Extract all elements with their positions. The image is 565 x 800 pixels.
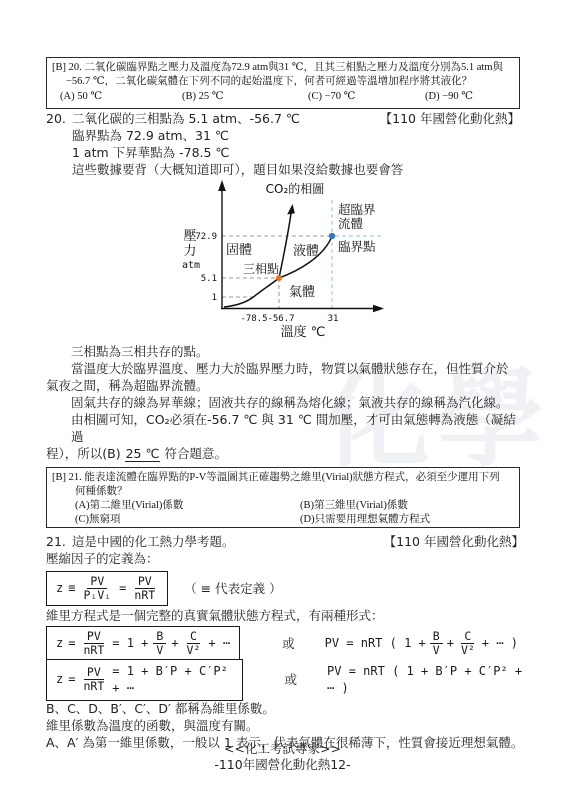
q21-line2: 何種係數？	[52, 485, 514, 499]
f-eq: =	[119, 580, 126, 597]
solution-20-explanation: 三相點為三相共存的點。 當溫度大於臨界溫度、壓力大於臨界壓力時，物質以氣體狀態存…	[46, 343, 524, 462]
q20-solution-number: 20.	[46, 110, 72, 127]
supercritical-label-1: 超臨界	[338, 202, 376, 217]
q20-options: (A) 50 ℃ (B) 25 ℃ (C) −70 ℃ (D) −90 ℃	[52, 90, 514, 104]
y-axis-arrow-icon	[218, 180, 226, 191]
q20-solution-line2: 臨界點為 72.9 atm、31 ℃	[72, 127, 520, 144]
f-frac-pv-pivi: PVPᵢVᵢ	[80, 575, 114, 601]
x-tick-78-5: -78.5	[240, 314, 267, 324]
virial-volume-formula: z = PVnRT = 1 + BV + CV² + ⋯	[46, 626, 240, 660]
virial-volume-expanded: PV = nRT ( 1 + BV + CV² + ⋯ )	[325, 630, 518, 656]
virial-note-1: B、C、D、B′、C′、D′ 都稱為維里係數。	[46, 700, 524, 717]
region-gas-label: 氣體	[289, 284, 315, 300]
x-tick-56-7: -56.7	[267, 314, 294, 324]
footer-page-number: -110年國營化動化熱12-	[0, 757, 565, 773]
definition-note: （ ≡ 代表定義 ）	[184, 580, 281, 597]
question-20-box: [B] 20. 二氧化碳臨界點之壓力及溫度為72.9 atm與31 ℃，且其三相…	[46, 57, 520, 109]
document-page: 化學 [B] 20. 二氧化碳臨界點之壓力及溫度為72.9 atm與31 ℃，且…	[0, 0, 565, 800]
virial-pressure-formula: z = PVnRT = 1 + B′P + C′P² + ⋯	[46, 659, 243, 701]
q20-line1: [B] 20. 二氧化碳臨界點之壓力及溫度為72.9 atm與31 ℃，且其三相…	[52, 61, 514, 75]
f-equiv: ≡	[68, 580, 75, 597]
answer-post: 符合題意。	[160, 446, 226, 461]
virial-volume-row: z = PVnRT = 1 + BV + CV² + ⋯ 或 PV = nRT …	[46, 627, 524, 660]
para-triple-point: 三相點為三相共存的點。	[46, 343, 524, 360]
q20-line2: −56.7 ℃，二氧化碳氣體在下列不同的起始溫度下，何者可經過等溫增加程序將其液…	[52, 75, 514, 89]
virial-pressure-expanded: PV = nRT ( 1 + B′P + C′P² + ⋯ )	[327, 663, 524, 697]
q20-option-b: (B) 25 ℃	[182, 90, 308, 104]
para-supercritical-1: 當溫度大於臨界溫度、壓力大於臨界壓力時，物質以氣體狀態存在，但性質介於	[46, 360, 524, 377]
sublimation-curve	[224, 278, 279, 307]
answer-underlined: 25 ℃	[125, 446, 161, 462]
q21-options: (A)第二維里(Virial)係數 (B)第三維里(Virial)係數 (C)無…	[52, 499, 514, 527]
melting-line	[279, 210, 292, 278]
virial-note-2: 維里係數為溫度的函數，與溫度有關。	[46, 717, 524, 734]
melting-line-arrow-icon	[287, 204, 295, 215]
question-21-box: [B] 21. 能表達流體在臨界點的P-V等溫圖其正確趨勢之維里(Virial)…	[46, 467, 520, 528]
definition-row: z ≡ PVPᵢVᵢ = PVnRT （ ≡ 代表定義 ）	[46, 570, 524, 607]
q21-option-c: (C)無窮項	[75, 513, 300, 527]
q21-option-d: (D)只需要用理想氣體方程式	[300, 513, 514, 527]
f-z: z	[56, 580, 63, 597]
y-axis-label-2: 力	[183, 243, 196, 259]
q20-source-tag: 【110 年國營化動化熱】	[380, 110, 520, 127]
x-axis-label: 溫度 ℃	[281, 324, 326, 340]
para-supercritical-2: 氣夜之間，稱為超臨界流體。	[46, 377, 524, 394]
q20-solution-line1: 二氧化碳的三相點為 5.1 atm、-56.7 ℃	[72, 110, 300, 127]
q21-option-a: (A)第二維里(Virial)係數	[75, 499, 300, 513]
x-axis-arrow-icon	[373, 305, 384, 313]
or-word-2: 或	[285, 671, 298, 688]
critical-point-dot	[329, 233, 335, 239]
q21-source-tag: 【110 年國營化動化熱】	[384, 533, 524, 550]
q21-option-b: (B)第三維里(Virial)係數	[300, 499, 514, 513]
y-tick-5-1: 5.1	[201, 274, 217, 284]
virial-intro: 維里方程式是一個完整的真實氣體狀態方程式，有兩種形式：	[46, 607, 524, 624]
q20-solution-line4: 這些數據要背（大概知道即可），題目如果沒給數據也要會答	[72, 161, 520, 178]
critical-point-label: 臨界點	[338, 239, 376, 254]
q21-line1: [B] 21. 能表達流體在臨界點的P-V等溫圖其正確趨勢之維里(Virial)…	[52, 471, 514, 485]
y-tick-72-9: 72.9	[195, 232, 217, 242]
para-answer-1: 由相圖可知，CO₂必須在-56.7 ℃ 與 31 ℃ 間加壓，才可由氣態轉為液態…	[46, 411, 524, 445]
answer-pre: 程），所以(B)	[46, 446, 125, 461]
solution-21: 21. 這是中國的化工熱力學考題。 【110 年國營化動化熱】 壓縮因子的定義為…	[46, 533, 524, 751]
supercritical-label-2: 流體	[338, 216, 364, 231]
diagram-title: CO₂的相圖	[266, 181, 325, 196]
region-liquid-label: 液體	[293, 243, 319, 259]
q20-option-c: (C) −70 ℃	[308, 90, 425, 104]
y-tick-1: 1	[212, 293, 217, 303]
footer-brand: <<化工考試專家>>	[0, 741, 565, 757]
q20-solution-line3: 1 atm 下昇華點為 -78.5 ℃	[72, 144, 520, 161]
or-word: 或	[282, 635, 295, 652]
para-answer-2: 程），所以(B) 25 ℃ 符合題意。	[46, 445, 524, 462]
compressibility-intro: 壓縮因子的定義為：	[46, 550, 524, 567]
region-solid-label: 固體	[226, 242, 252, 258]
y-axis-unit: atm	[182, 260, 200, 271]
q20-option-d: (D) −90 ℃	[425, 90, 473, 104]
para-lines: 固氣共存的線為昇華線；固液共存的線稱為熔化線；氣液共存的線稱為汽化線。	[46, 394, 524, 411]
solution-20: 20. 二氧化碳的三相點為 5.1 atm、-56.7 ℃ 【110 年國營化動…	[46, 110, 520, 178]
co2-phase-diagram: CO₂的相圖 壓 力 atm 72.9 5.1 1 固體 液體 氣體 三相點 超…	[150, 178, 440, 343]
q21-solution-number: 21.	[46, 533, 72, 550]
q21-solution-line1: 這是中國的化工熱力學考題。	[72, 533, 235, 550]
virial-pressure-row: z = PVnRT = 1 + B′P + C′P² + ⋯ 或 PV = nR…	[46, 663, 524, 696]
triple-point-label: 三相點	[243, 261, 279, 276]
compressibility-definition-formula: z ≡ PVPᵢVᵢ = PVnRT	[46, 571, 168, 605]
f-frac-pv-nrt: PVnRT	[131, 575, 158, 601]
x-tick-31: 31	[328, 314, 339, 324]
q20-option-a: (A) 50 ℃	[60, 90, 182, 104]
page-footer: <<化工考試專家>> -110年國營化動化熱12-	[0, 741, 565, 773]
